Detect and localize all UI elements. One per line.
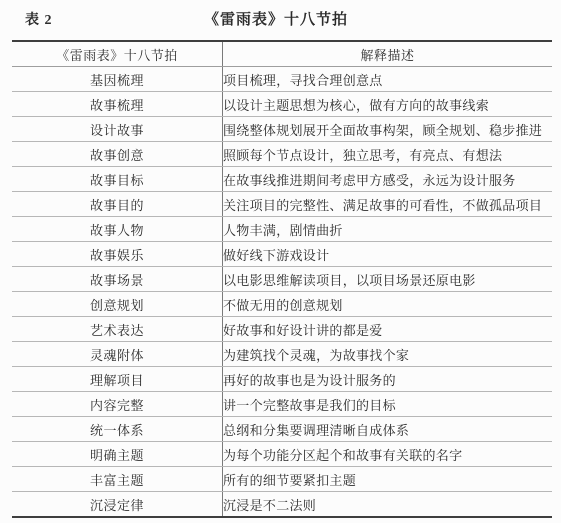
beat-cell: 创意规划: [12, 292, 223, 317]
table-caption: 表 2 《雷雨表》十八节拍: [0, 0, 561, 40]
description-cell: 照顾每个节点设计，独立思考，有亮点、有想法: [223, 142, 553, 167]
description-cell: 围绕整体规划展开全面故事构架，顾全规划、稳步推进: [223, 117, 553, 142]
beat-cell: 故事娱乐: [12, 242, 223, 267]
description-cell: 关注项目的完整性、满足故事的可看性，不做孤品项目: [223, 192, 553, 217]
description-cell: 以设计主题思想为核心，做有方向的故事线索: [223, 92, 553, 117]
description-cell: 人物丰满，剧情曲折: [223, 217, 553, 242]
beat-cell: 故事人物: [12, 217, 223, 242]
table-row: 故事人物 人物丰满，剧情曲折: [12, 217, 552, 242]
description-cell: 再好的故事也是为设计服务的: [223, 367, 553, 392]
table-row: 沉浸定律 沉浸是不二法则: [12, 492, 552, 518]
table-row: 理解项目 再好的故事也是为设计服务的: [12, 367, 552, 392]
table-row: 故事娱乐 做好线下游戏设计: [12, 242, 552, 267]
beat-cell: 理解项目: [12, 367, 223, 392]
description-cell: 在故事线推进期间考虑甲方感受，永远为设计服务: [223, 167, 553, 192]
beats-table-body: 基因梳理 项目梳理，寻找合理创意点 故事梳理 以设计主题思想为核心，做有方向的故…: [12, 67, 552, 518]
description-cell: 讲一个完整故事是我们的目标: [223, 392, 553, 417]
description-cell: 以电影思维解读项目，以项目场景还原电影: [223, 267, 553, 292]
table-row: 故事梳理 以设计主题思想为核心，做有方向的故事线索: [12, 92, 552, 117]
beat-cell: 灵魂附体: [12, 342, 223, 367]
table-row: 故事目的 关注项目的完整性、满足故事的可看性，不做孤品项目: [12, 192, 552, 217]
beat-cell: 基因梳理: [12, 67, 223, 92]
document-page: 表 2 《雷雨表》十八节拍 《雷雨表》十八节拍 解释描述 基因梳理 项目梳理，寻…: [0, 0, 561, 523]
beats-table-header: 《雷雨表》十八节拍 解释描述: [12, 41, 552, 67]
beat-cell: 设计故事: [12, 117, 223, 142]
page-title: 《雷雨表》十八节拍: [0, 8, 552, 29]
description-cell: 所有的细节要紧扣主题: [223, 467, 553, 492]
description-cell: 做好线下游戏设计: [223, 242, 553, 267]
description-cell: 项目梳理，寻找合理创意点: [223, 67, 553, 92]
beat-cell: 故事目的: [12, 192, 223, 217]
table-row: 基因梳理 项目梳理，寻找合理创意点: [12, 67, 552, 92]
description-cell: 为建筑找个灵魂，为故事找个家: [223, 342, 553, 367]
table-row: 创意规划 不做无用的创意规划: [12, 292, 552, 317]
beat-cell: 明确主题: [12, 442, 223, 467]
beat-cell: 统一体系: [12, 417, 223, 442]
table-row: 统一体系 总纲和分集要调理清晰自成体系: [12, 417, 552, 442]
beat-cell: 故事目标: [12, 167, 223, 192]
description-cell: 沉浸是不二法则: [223, 492, 553, 518]
beat-cell: 丰富主题: [12, 467, 223, 492]
table-row: 故事创意 照顾每个节点设计，独立思考，有亮点、有想法: [12, 142, 552, 167]
description-cell: 好故事和好设计讲的都是爱: [223, 317, 553, 342]
description-cell: 为每个功能分区起个和故事有关联的名字: [223, 442, 553, 467]
column-header-beats: 《雷雨表》十八节拍: [12, 41, 223, 67]
table-row: 灵魂附体 为建筑找个灵魂，为故事找个家: [12, 342, 552, 367]
table-row: 艺术表达 好故事和好设计讲的都是爱: [12, 317, 552, 342]
table-row: 明确主题 为每个功能分区起个和故事有关联的名字: [12, 442, 552, 467]
beat-cell: 内容完整: [12, 392, 223, 417]
column-header-description: 解释描述: [223, 41, 553, 67]
header-row: 《雷雨表》十八节拍 解释描述: [12, 41, 552, 67]
table-row: 设计故事 围绕整体规划展开全面故事构架，顾全规划、稳步推进: [12, 117, 552, 142]
description-cell: 总纲和分集要调理清晰自成体系: [223, 417, 553, 442]
beat-cell: 沉浸定律: [12, 492, 223, 518]
table-row: 内容完整 讲一个完整故事是我们的目标: [12, 392, 552, 417]
beats-table: 《雷雨表》十八节拍 解释描述 基因梳理 项目梳理，寻找合理创意点 故事梳理 以设…: [12, 40, 552, 518]
beat-cell: 故事场景: [12, 267, 223, 292]
beat-cell: 艺术表达: [12, 317, 223, 342]
description-cell: 不做无用的创意规划: [223, 292, 553, 317]
table-row: 丰富主题 所有的细节要紧扣主题: [12, 467, 552, 492]
beat-cell: 故事梳理: [12, 92, 223, 117]
table-row: 故事目标 在故事线推进期间考虑甲方感受，永远为设计服务: [12, 167, 552, 192]
table-row: 故事场景 以电影思维解读项目，以项目场景还原电影: [12, 267, 552, 292]
beat-cell: 故事创意: [12, 142, 223, 167]
